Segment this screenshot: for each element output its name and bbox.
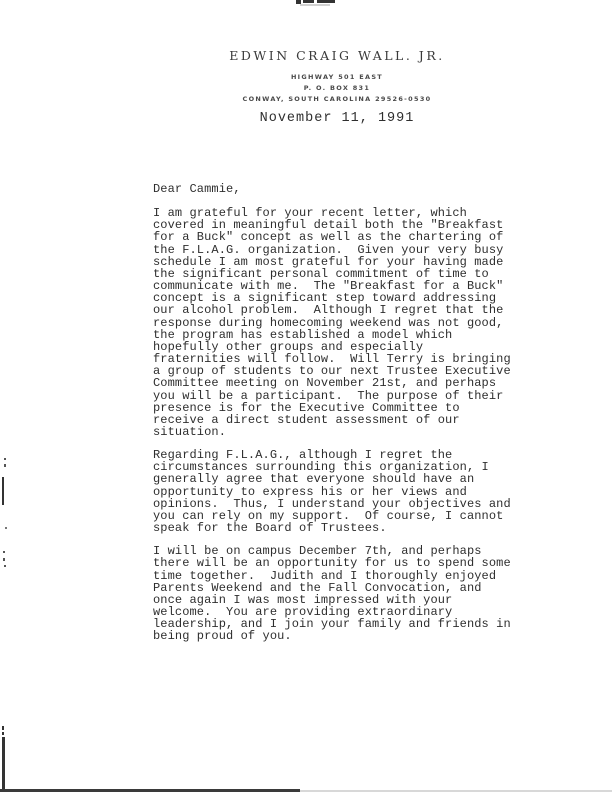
scan-artifact-top-mark [303, 0, 314, 3]
scan-artifact-top-mark [317, 0, 335, 3]
paragraph-1: I am grateful for your recent letter, wh… [153, 207, 525, 438]
scan-artifact-top-mark [300, 4, 330, 6]
scan-artifact-left-speck [4, 565, 6, 567]
scan-artifact-left-line [2, 737, 5, 792]
paragraph-3: I will be on campus December 7th, and pe… [153, 545, 525, 642]
letterhead-address-line3: CONWAY, SOUTH CAROLINA 29526-0530 [62, 94, 612, 105]
scan-artifact-left-speck [5, 527, 7, 529]
scan-artifact-left-dash [2, 726, 4, 730]
scan-artifact-left-speck [4, 464, 6, 467]
scan-artifact-left-line [2, 477, 4, 505]
letter-body: Dear Cammie, I am grateful for your rece… [153, 183, 525, 653]
salutation: Dear Cammie, [153, 183, 525, 195]
scan-artifact-left-dash [2, 732, 4, 735]
paragraph-2: Regarding F.L.A.G., although I regret th… [153, 449, 525, 534]
scan-artifact-left-speck [3, 551, 5, 553]
scan-artifact-left-speck [3, 558, 5, 561]
letterhead-name: EDWIN CRAIG WALL. JR. [62, 48, 612, 63]
letterhead-address-line1: HIGHWAY 501 EAST [62, 72, 612, 83]
letter-date: November 11, 1991 [62, 111, 612, 126]
letterhead-address-line2: P. O. BOX 831 [62, 83, 612, 94]
letter-page: EDWIN CRAIG WALL. JR. HIGHWAY 501 EAST P… [0, 0, 612, 792]
letterhead: EDWIN CRAIG WALL. JR. HIGHWAY 501 EAST P… [62, 48, 612, 126]
scan-artifact-left-speck [4, 458, 6, 460]
